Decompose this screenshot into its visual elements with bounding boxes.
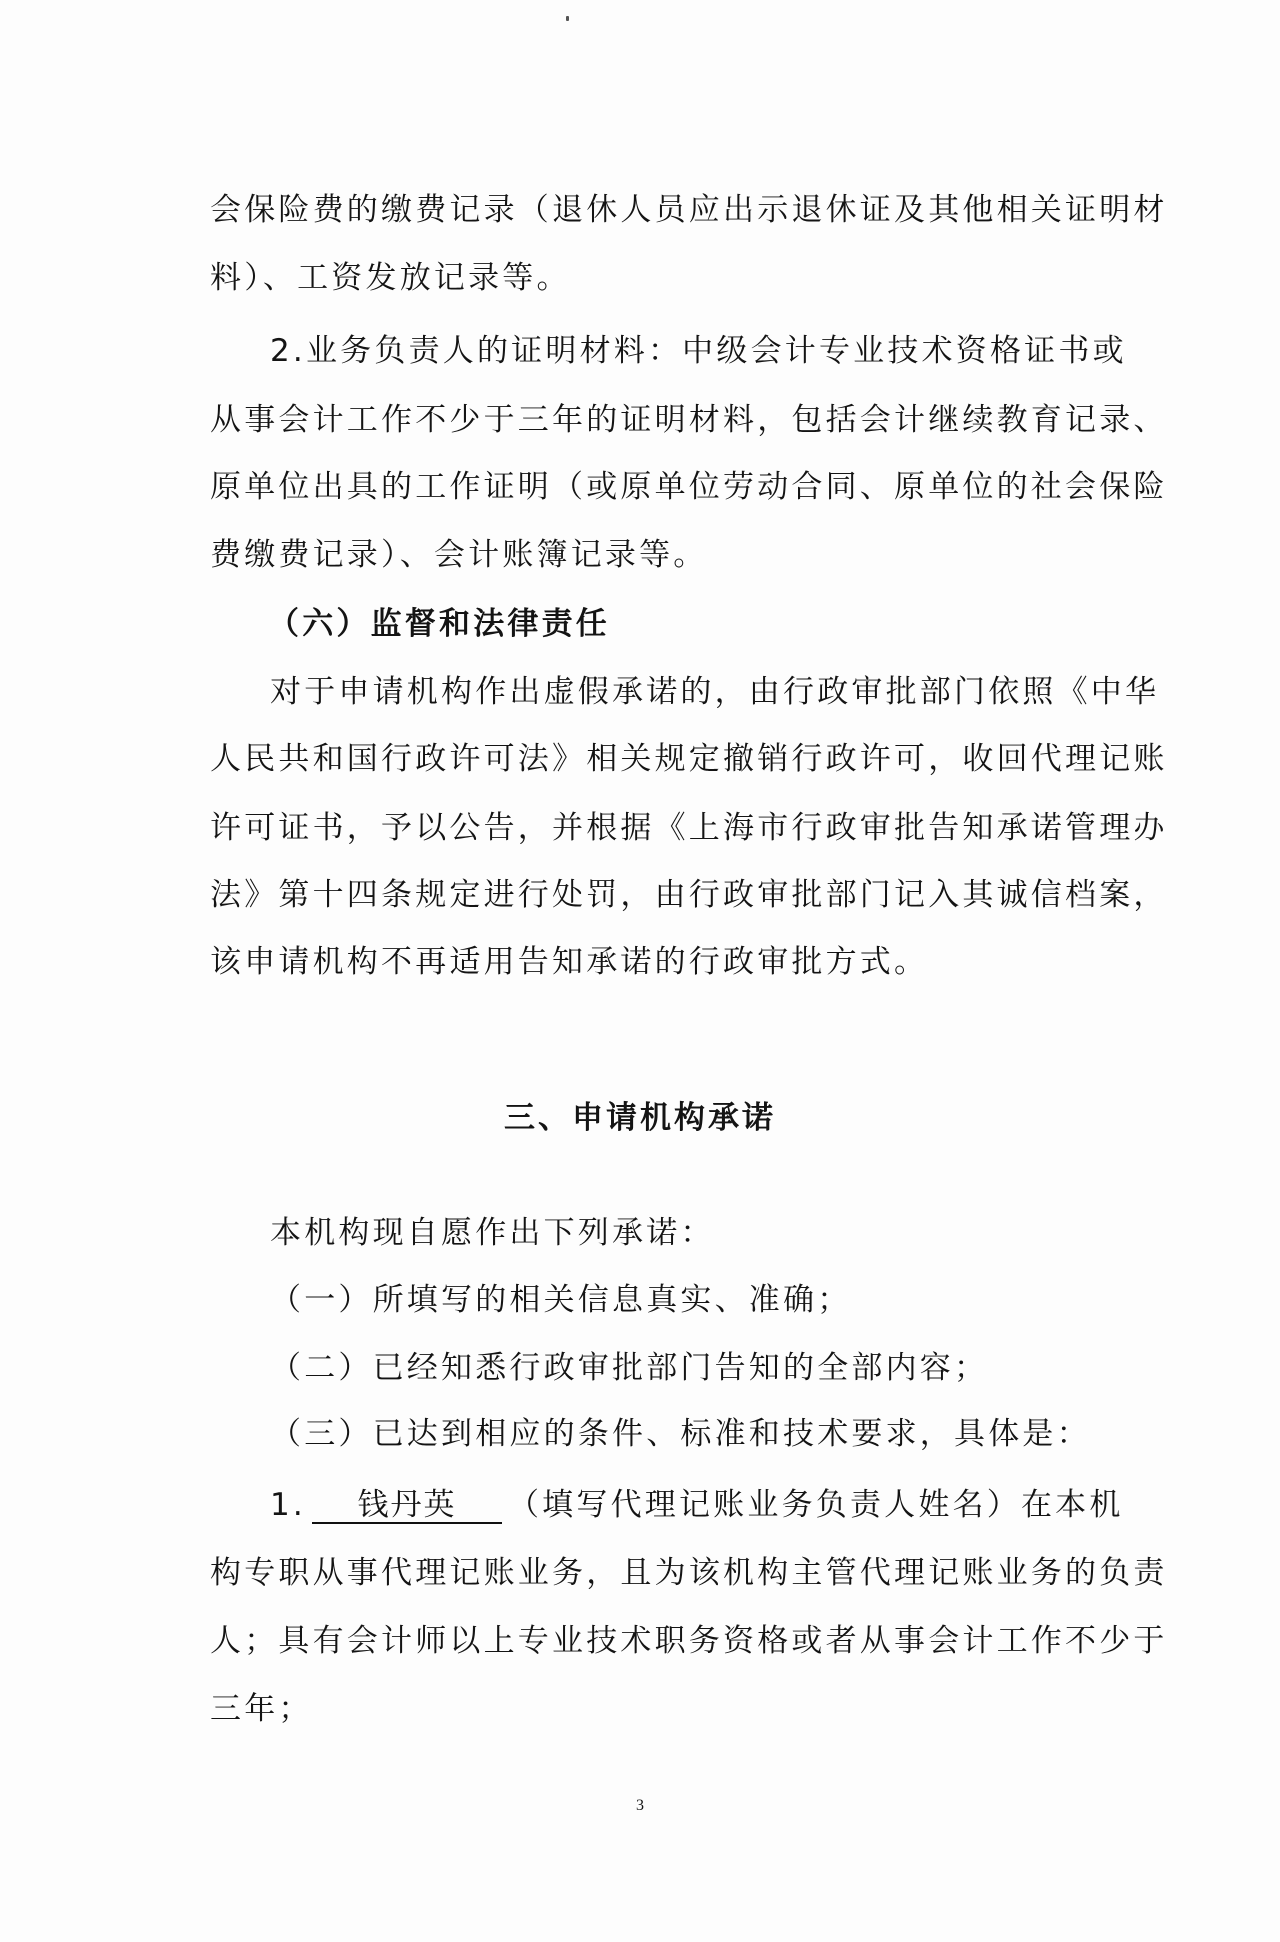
subsection-line: 法》第十四条规定进行处罚，由行政审批部门记入其诚信档案， xyxy=(210,875,1168,915)
item2-line: 2.业务负责人的证明材料：中级会计专业技术资格证书或 xyxy=(270,331,1127,371)
subsection-line: 该申请机构不再适用告知承诺的行政审批方式。 xyxy=(210,942,928,982)
item2-line: 原单位出具的工作证明（或原单位劳动合同、原单位的社会保险 xyxy=(210,467,1168,507)
item2-line: 费缴费记录）、会计账簿记录等。 xyxy=(210,535,708,575)
subsection-line: 许可证书，予以公告，并根据《上海市行政审批告知承诺管理办 xyxy=(210,808,1168,848)
name-fill-blank: 钱丹英 xyxy=(312,1488,502,1524)
item1-suffix: （填写代理记账业务负责人姓名）在本机 xyxy=(508,1487,1124,1523)
item2-line: 从事会计工作不少于三年的证明材料，包括会计继续教育记录、 xyxy=(210,400,1168,440)
item1-first-line: 1.钱丹英（填写代理记账业务负责人姓名）在本机 xyxy=(270,1485,1124,1525)
subsection-heading: （六）监督和法律责任 xyxy=(268,604,610,644)
document-page: 会保险费的缴费记录（退休人员应出示退休证及其他相关证明材 料）、工资发放记录等。… xyxy=(0,0,1280,1942)
promise-item: （三）已达到相应的条件、标准和技术要求，具体是： xyxy=(270,1414,1091,1454)
section-intro: 本机构现自愿作出下列承诺： xyxy=(270,1213,715,1253)
promise-item: （二）已经知悉行政审批部门告知的全部内容； xyxy=(270,1348,988,1388)
text-line: 会保险费的缴费记录（退休人员应出示退休证及其他相关证明材 xyxy=(210,190,1168,230)
item1-line: 构专职从事代理记账业务，且为该机构主管代理记账业务的负责 xyxy=(210,1553,1168,1593)
subsection-line: 人民共和国行政许可法》相关规定撤销行政许可，收回代理记账 xyxy=(210,739,1168,779)
promise-item: （一）所填写的相关信息真实、准确； xyxy=(270,1280,851,1320)
page-number: 3 xyxy=(0,1797,1280,1815)
section-heading: 三、申请机构承诺 xyxy=(0,1092,1280,1137)
scan-speck xyxy=(566,16,569,21)
item1-line: 三年； xyxy=(210,1689,313,1729)
item1-line: 人；具有会计师以上专业技术职务资格或者从事会计工作不少于 xyxy=(210,1621,1168,1661)
item1-number: 1. xyxy=(270,1487,306,1523)
text-line: 料）、工资发放记录等。 xyxy=(210,258,571,298)
subsection-line: 对于申请机构作出虚假承诺的，由行政审批部门依照《中华 xyxy=(270,672,1159,712)
